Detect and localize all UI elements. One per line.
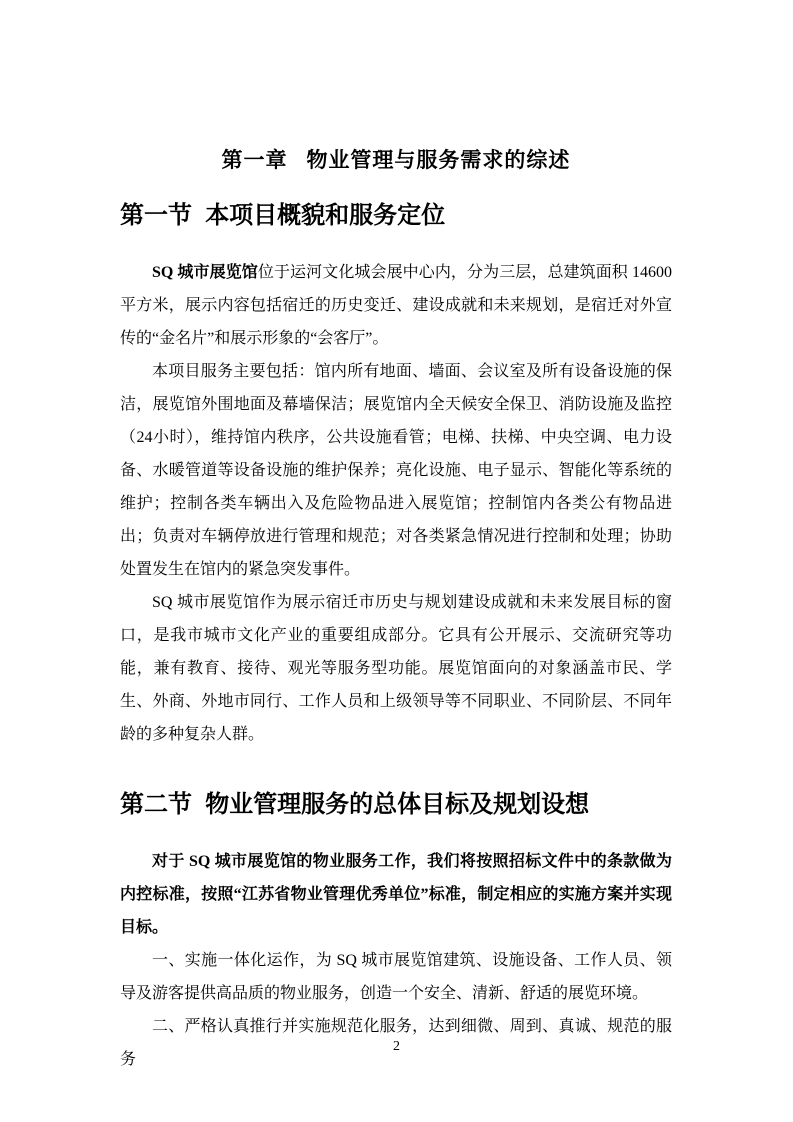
paragraph-goal-statement: 对于 SQ 城市展览馆的物业服务工作，我们将按照招标文件中的条款做为内控标准，按… xyxy=(120,845,672,944)
paragraph-text: 一、实施一体化运作，为 SQ 城市展览馆建筑、设施设备、工作人员、领导及游客提供… xyxy=(120,952,672,1002)
paragraph-text: SQ 城市展览馆作为展示宿迁市历史与规划建设成就和未来发展目标的窗口，是我市城市… xyxy=(120,594,672,743)
paragraph-service-scope: 本项目服务主要包括：馆内所有地面、墙面、会议室及所有设备设施的保洁，展览馆外围地… xyxy=(120,355,672,586)
paragraph-text: 对于 SQ 城市展览馆的物业服务工作，我们将按照招标文件中的条款做为内控标准，按… xyxy=(120,853,672,936)
paragraph-positioning: SQ 城市展览馆作为展示宿迁市历史与规划建设成就和未来发展目标的窗口，是我市城市… xyxy=(120,586,672,751)
section-goals-planning: 第二节物业管理服务的总体目标及规划设想 对于 SQ 城市展览馆的物业服务工作，我… xyxy=(120,788,672,1076)
paragraph-goal-item-1: 一、实施一体化运作，为 SQ 城市展览馆建筑、设施设备、工作人员、领导及游客提供… xyxy=(120,944,672,1010)
paragraph-lead-bold: SQ 城市展览馆 xyxy=(152,264,258,281)
page-number: 2 xyxy=(0,1038,793,1056)
section-1-number: 第一节 xyxy=(120,201,192,229)
section-2-heading: 第二节物业管理服务的总体目标及规划设想 xyxy=(120,788,672,820)
section-2-number: 第二节 xyxy=(120,790,192,818)
section-1-heading: 第一节本项目概貌和服务定位 xyxy=(120,199,672,231)
section-project-overview: 第一节本项目概貌和服务定位 SQ 城市展览馆位于运河文化城会展中心内，分为三层，… xyxy=(120,199,672,751)
chapter-number: 第一章 xyxy=(222,148,288,172)
chapter-title: 物业管理与服务需求的综述 xyxy=(306,148,570,172)
document-page: 第一章物业管理与服务需求的综述 第一节本项目概貌和服务定位 SQ 城市展览馆位于… xyxy=(0,0,793,1122)
paragraph-text: 本项目服务主要包括：馆内所有地面、墙面、会议室及所有设备设施的保洁，展览馆外围地… xyxy=(120,363,672,578)
section-2-title: 物业管理服务的总体目标及规划设想 xyxy=(205,790,589,818)
chapter-heading: 第一章物业管理与服务需求的综述 xyxy=(120,145,672,175)
paragraph-project-intro: SQ 城市展览馆位于运河文化城会展中心内，分为三层，总建筑面积 14600 平方… xyxy=(120,256,672,355)
section-1-title: 本项目概貌和服务定位 xyxy=(205,201,445,229)
